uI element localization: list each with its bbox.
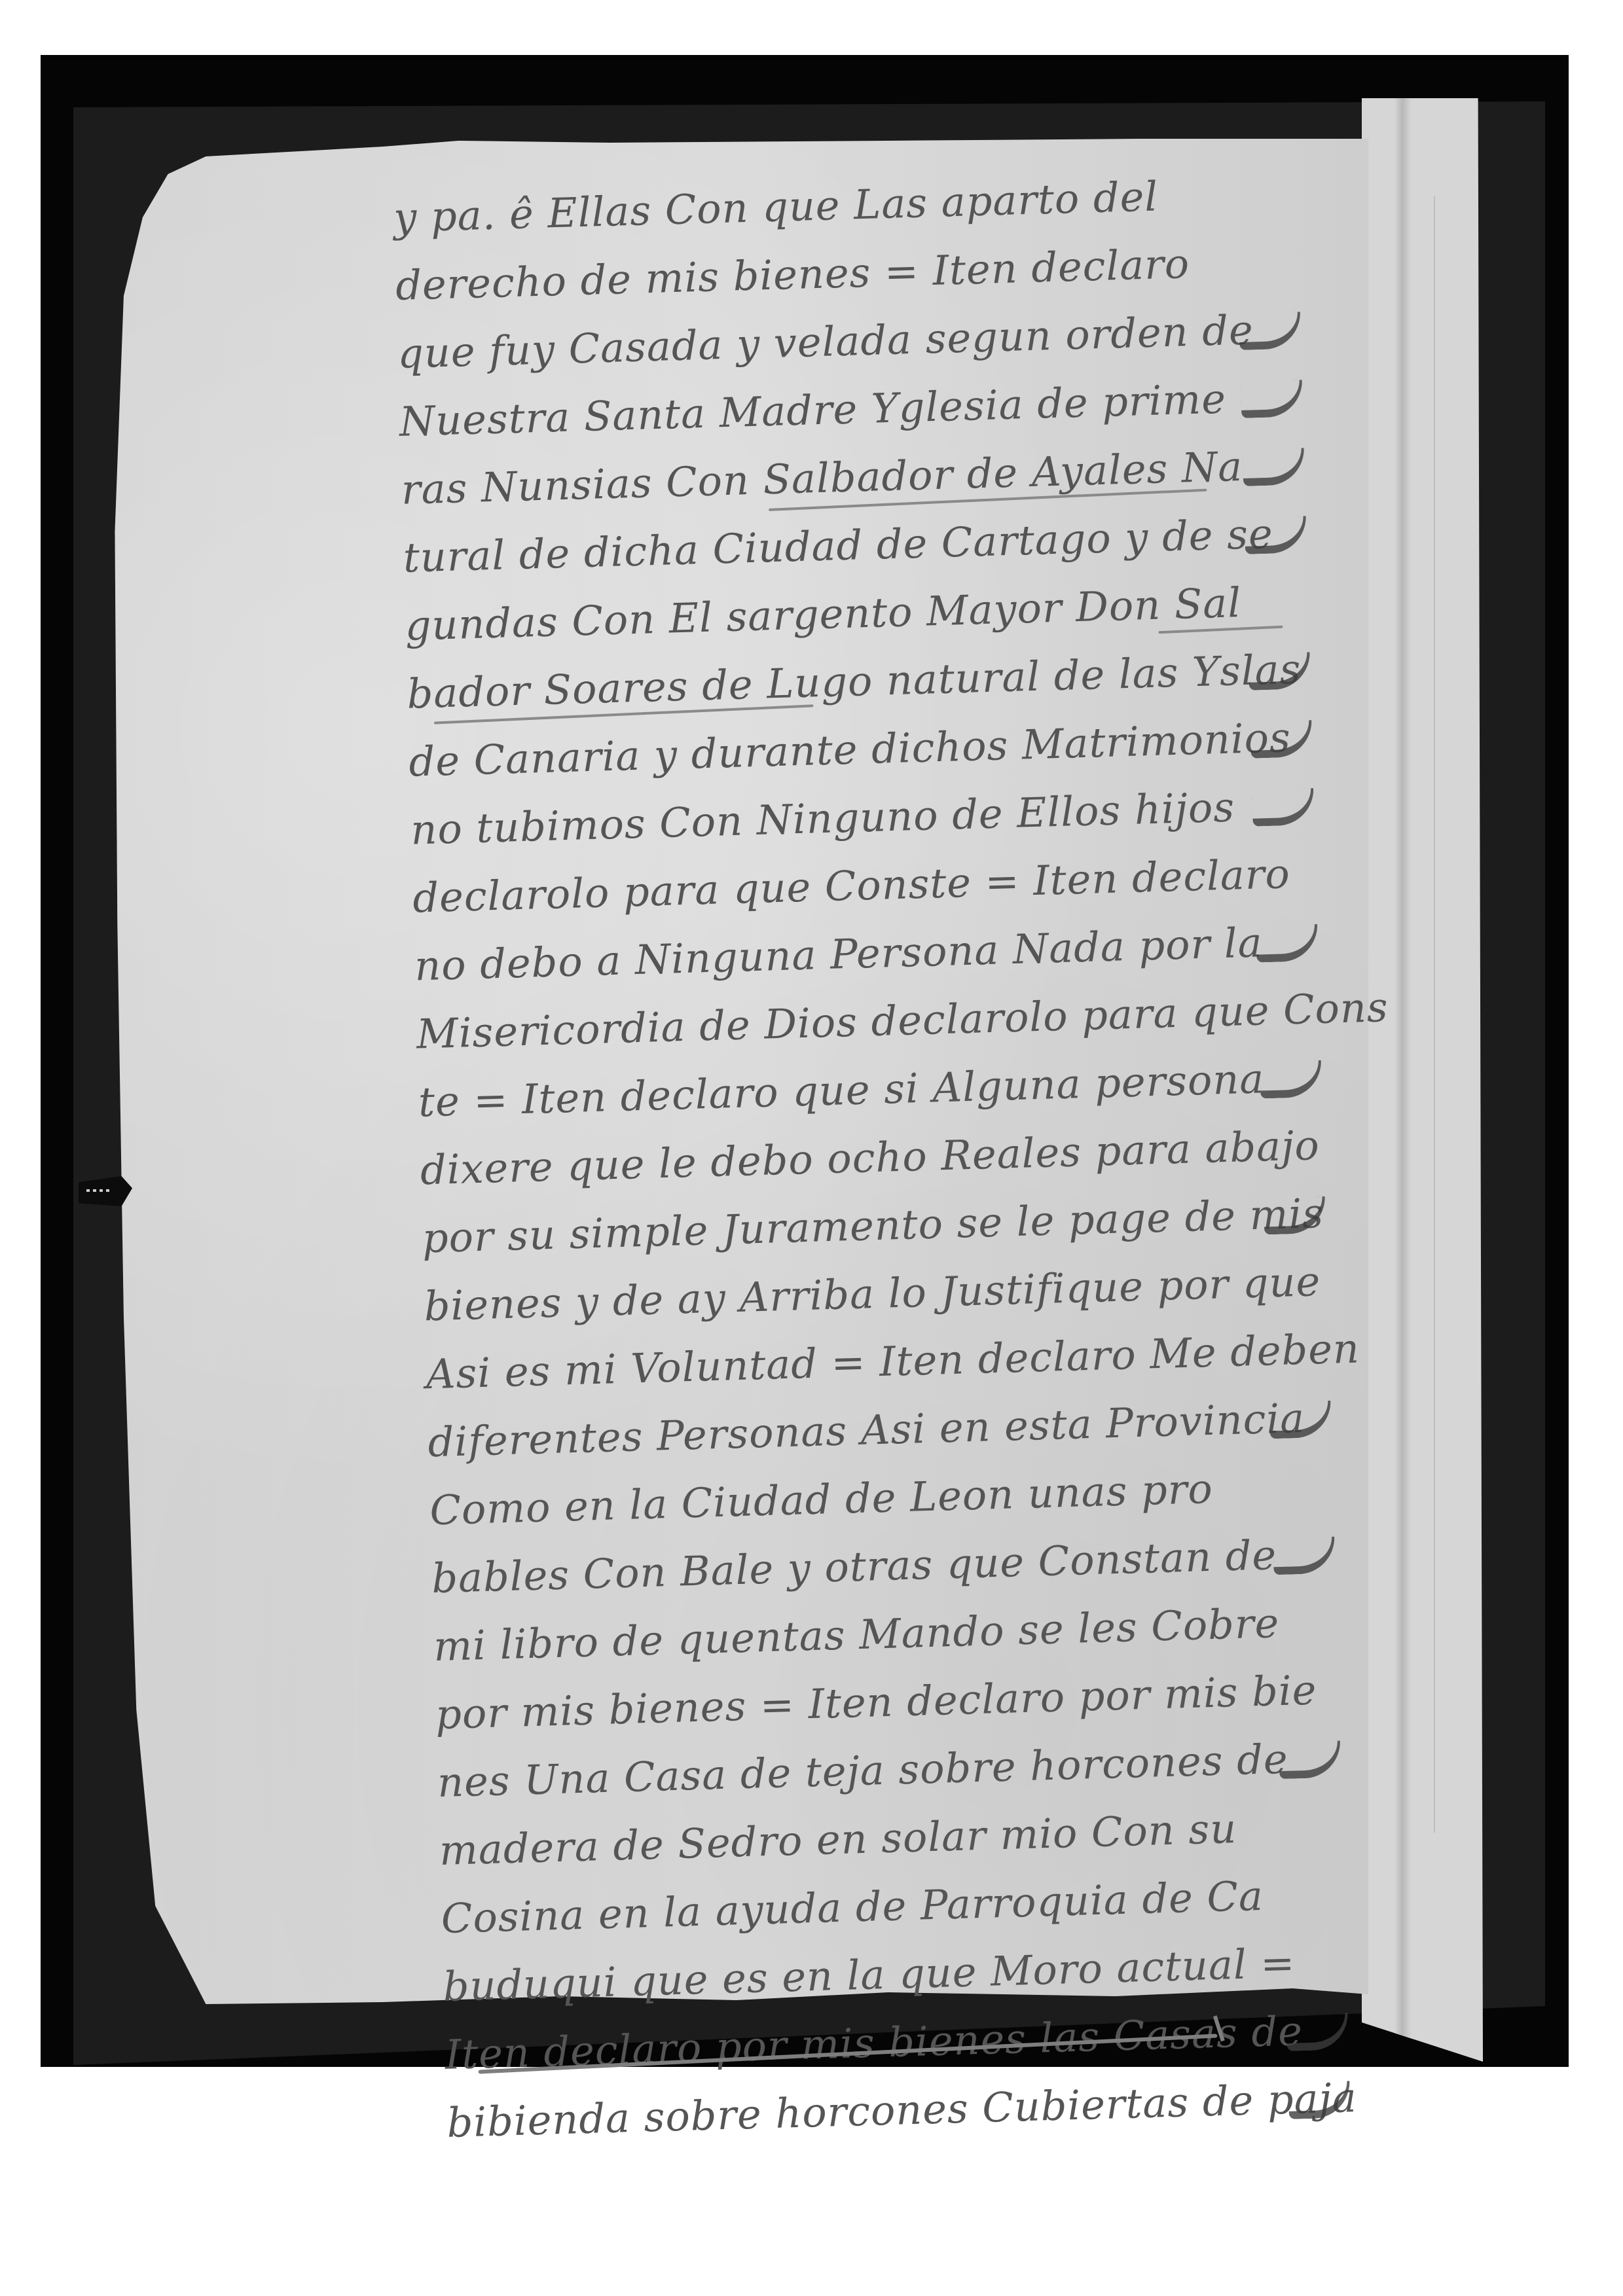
line-filler-flourish-icon [1273, 1537, 1336, 1575]
adjacent-page-strip [1362, 98, 1483, 2062]
line-filler-flourish-icon [1279, 1741, 1341, 1780]
line-filler-flourish-icon [1239, 312, 1302, 350]
binding-fold [1395, 98, 1412, 2062]
line-filler-flourish-icon [1245, 516, 1307, 554]
line-filler-flourish-icon [1243, 448, 1305, 486]
paper-crease [1434, 196, 1435, 1833]
manuscript-text: y pa. ê Ellas Con que Las aparto deldere… [393, 161, 1351, 2159]
line-filler-flourish-icon [1241, 380, 1304, 418]
line-filler-flourish-icon [1260, 1060, 1322, 1099]
line-filler-flourish-icon [1250, 720, 1313, 759]
line-filler-flourish-icon [1286, 2013, 1349, 2051]
line-filler-flourish-icon [1256, 924, 1319, 963]
line-filler-flourish-icon [1269, 1401, 1332, 1439]
line-filler-flourish-icon [1252, 788, 1315, 827]
